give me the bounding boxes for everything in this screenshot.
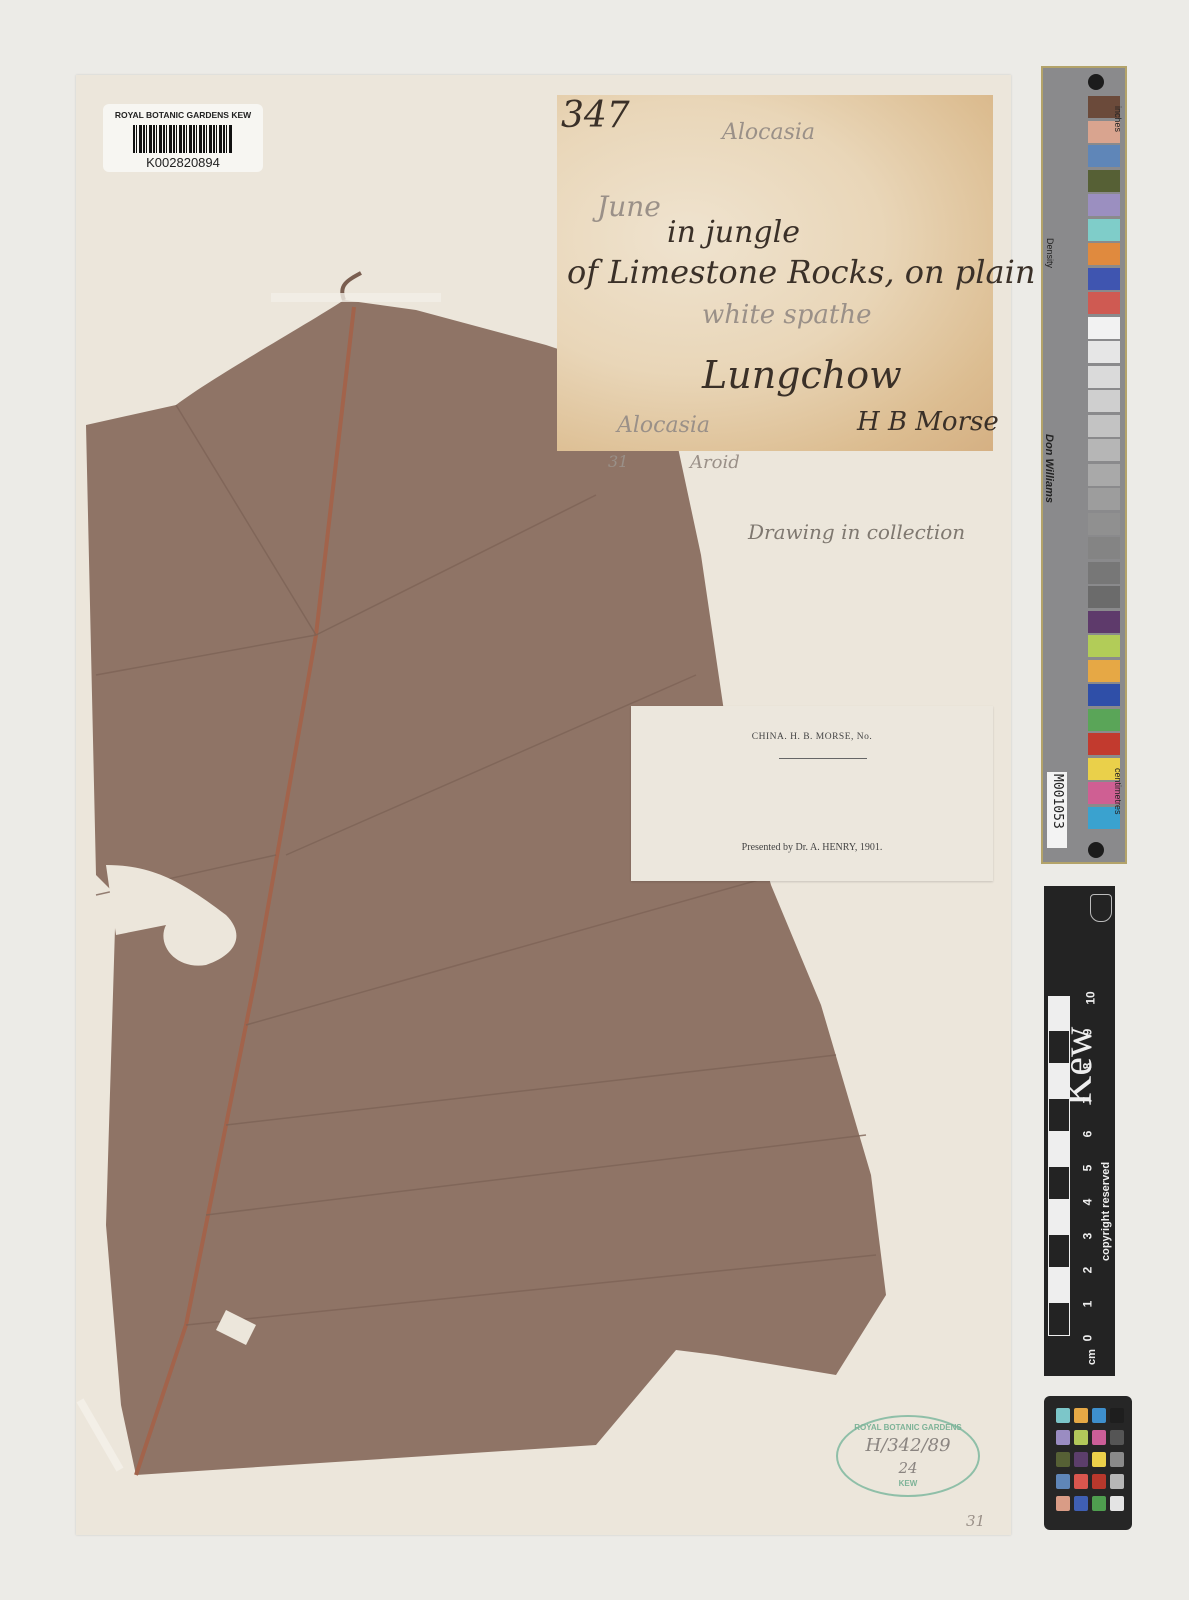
color-patch — [1088, 390, 1120, 412]
color-patch — [1088, 341, 1120, 363]
color-patch — [1088, 439, 1120, 461]
color-patch — [1088, 562, 1120, 584]
color-swatch — [1110, 1474, 1124, 1489]
color-swatch — [1110, 1408, 1124, 1423]
color-patch — [1088, 243, 1120, 265]
color-patch — [1088, 145, 1120, 167]
color-patch — [1088, 194, 1120, 216]
color-patch — [1088, 586, 1120, 608]
scale-id: M001053 — [1050, 774, 1065, 829]
barcode-icon — [133, 125, 233, 153]
color-swatch — [1056, 1408, 1070, 1423]
color-patch — [1088, 464, 1120, 486]
ruler-number: 4 — [1080, 1199, 1094, 1206]
ruler-segment — [1048, 1064, 1070, 1098]
ruler-number: 5 — [1080, 1165, 1094, 1172]
habitat-line-2: of Limestone Rocks, on plain — [567, 253, 1035, 291]
color-patch — [1088, 684, 1120, 706]
corner-number: 31 — [966, 1512, 985, 1530]
accession-number: H/342/89 — [838, 1435, 978, 1456]
registration-dot-icon — [1088, 842, 1104, 858]
kew-accession-stamp: ROYAL BOTANIC GARDENS H/342/89 24 KEW — [836, 1415, 980, 1497]
color-density-scale: inches Don Williams Density centimetres … — [1041, 66, 1127, 864]
color-swatch — [1110, 1496, 1124, 1511]
printed-label: CHINA. H. B. MORSE, No. Presented by Dr.… — [631, 706, 993, 881]
ruler-number: 6 — [1080, 1131, 1094, 1138]
color-patch — [1088, 317, 1120, 339]
collector-number: 347 — [561, 95, 630, 136]
color-patch — [1088, 292, 1120, 314]
ruler-segment — [1048, 1268, 1070, 1302]
ruler-number: 9 — [1080, 1029, 1094, 1036]
ruler-number: 2 — [1080, 1267, 1094, 1274]
institution-name: ROYAL BOTANIC GARDENS KEW — [103, 110, 263, 120]
color-patch — [1088, 415, 1120, 437]
ruler-number: 8 — [1080, 1063, 1094, 1070]
color-checker-card — [1044, 1396, 1132, 1530]
color-swatch — [1092, 1496, 1106, 1511]
color-swatch — [1056, 1430, 1070, 1445]
color-patch — [1088, 488, 1120, 510]
color-patch — [1088, 366, 1120, 388]
ruler-segment — [1048, 1302, 1070, 1336]
color-swatch — [1110, 1452, 1124, 1467]
drawing-note: Drawing in collection — [748, 520, 965, 544]
color-patch — [1088, 733, 1120, 755]
color-patch — [1088, 537, 1120, 559]
color-swatch — [1074, 1430, 1088, 1445]
stamp-sub-number: 24 — [838, 1459, 978, 1477]
ruler-number: 0 — [1080, 1335, 1094, 1342]
cm-label: cm — [1086, 1349, 1098, 1365]
barcode-number: K002820894 — [103, 155, 263, 170]
ruler-segment — [1048, 1234, 1070, 1268]
color-swatch — [1074, 1496, 1088, 1511]
color-patch — [1088, 513, 1120, 535]
stamp-footer: KEW — [838, 1479, 978, 1488]
color-swatch — [1092, 1474, 1106, 1489]
ruler-segment — [1048, 1166, 1070, 1200]
ruler-number: 7 — [1080, 1097, 1094, 1104]
copyright-label: copyright reserved — [1100, 1162, 1112, 1261]
color-patch — [1088, 219, 1120, 241]
color-patch — [1088, 170, 1120, 192]
density-label: Density — [1045, 238, 1055, 268]
family-note: Aroid — [690, 452, 740, 473]
kew-cm-ruler: Kew copyright reserved 012345678910 cm — [1044, 886, 1115, 1376]
color-patch — [1088, 611, 1120, 633]
scale-id-tag: M001053 — [1047, 772, 1067, 848]
pencil-month: June — [597, 190, 661, 223]
ruler-segment — [1048, 1098, 1070, 1132]
barcode-label: ROYAL BOTANIC GARDENS KEW K002820894 — [103, 104, 263, 172]
ruler-segment — [1048, 1132, 1070, 1166]
collector-label: 347 Alocasia June in jungle of Limestone… — [557, 95, 993, 451]
color-patch — [1088, 635, 1120, 657]
divider — [779, 758, 867, 759]
color-swatch — [1092, 1452, 1106, 1467]
color-patch — [1088, 660, 1120, 682]
brand-label: Don Williams — [1043, 434, 1055, 503]
color-swatch — [1074, 1474, 1088, 1489]
kew-crest-icon — [1090, 894, 1112, 922]
ruler-segment — [1048, 1200, 1070, 1234]
color-swatch — [1092, 1430, 1106, 1445]
registration-dot-icon — [1088, 74, 1104, 90]
sheet-number: 31 — [608, 452, 628, 471]
color-swatch — [1074, 1452, 1088, 1467]
color-swatch — [1056, 1452, 1070, 1467]
inches-label: inches — [1113, 106, 1123, 132]
color-swatch — [1110, 1430, 1124, 1445]
ruler-number: 10 — [1084, 991, 1098, 1004]
collector-signature: H B Morse — [857, 407, 999, 437]
color-swatch — [1056, 1474, 1070, 1489]
stamp-header: ROYAL BOTANIC GARDENS — [838, 1423, 978, 1432]
ruler-number: 3 — [1080, 1233, 1094, 1240]
printed-collector-line: CHINA. H. B. MORSE, No. — [631, 732, 993, 742]
centimetres-label: centimetres — [1113, 768, 1123, 815]
pencil-genus-top: Alocasia — [722, 120, 815, 145]
color-swatch — [1074, 1408, 1088, 1423]
color-swatch — [1092, 1408, 1106, 1423]
pencil-spathe-note: white spathe — [702, 300, 871, 330]
ruler-segment — [1048, 1030, 1070, 1064]
color-swatch — [1056, 1496, 1070, 1511]
presented-by-line: Presented by Dr. A. HENRY, 1901. — [631, 842, 993, 853]
color-patch — [1088, 268, 1120, 290]
ruler-segment — [1048, 996, 1070, 1030]
locality: Lungchow — [702, 353, 902, 397]
color-patch — [1088, 709, 1120, 731]
pencil-genus-bottom: Alocasia — [617, 413, 710, 438]
ruler-number: 1 — [1080, 1301, 1094, 1308]
habitat-line-1: in jungle — [667, 215, 800, 250]
